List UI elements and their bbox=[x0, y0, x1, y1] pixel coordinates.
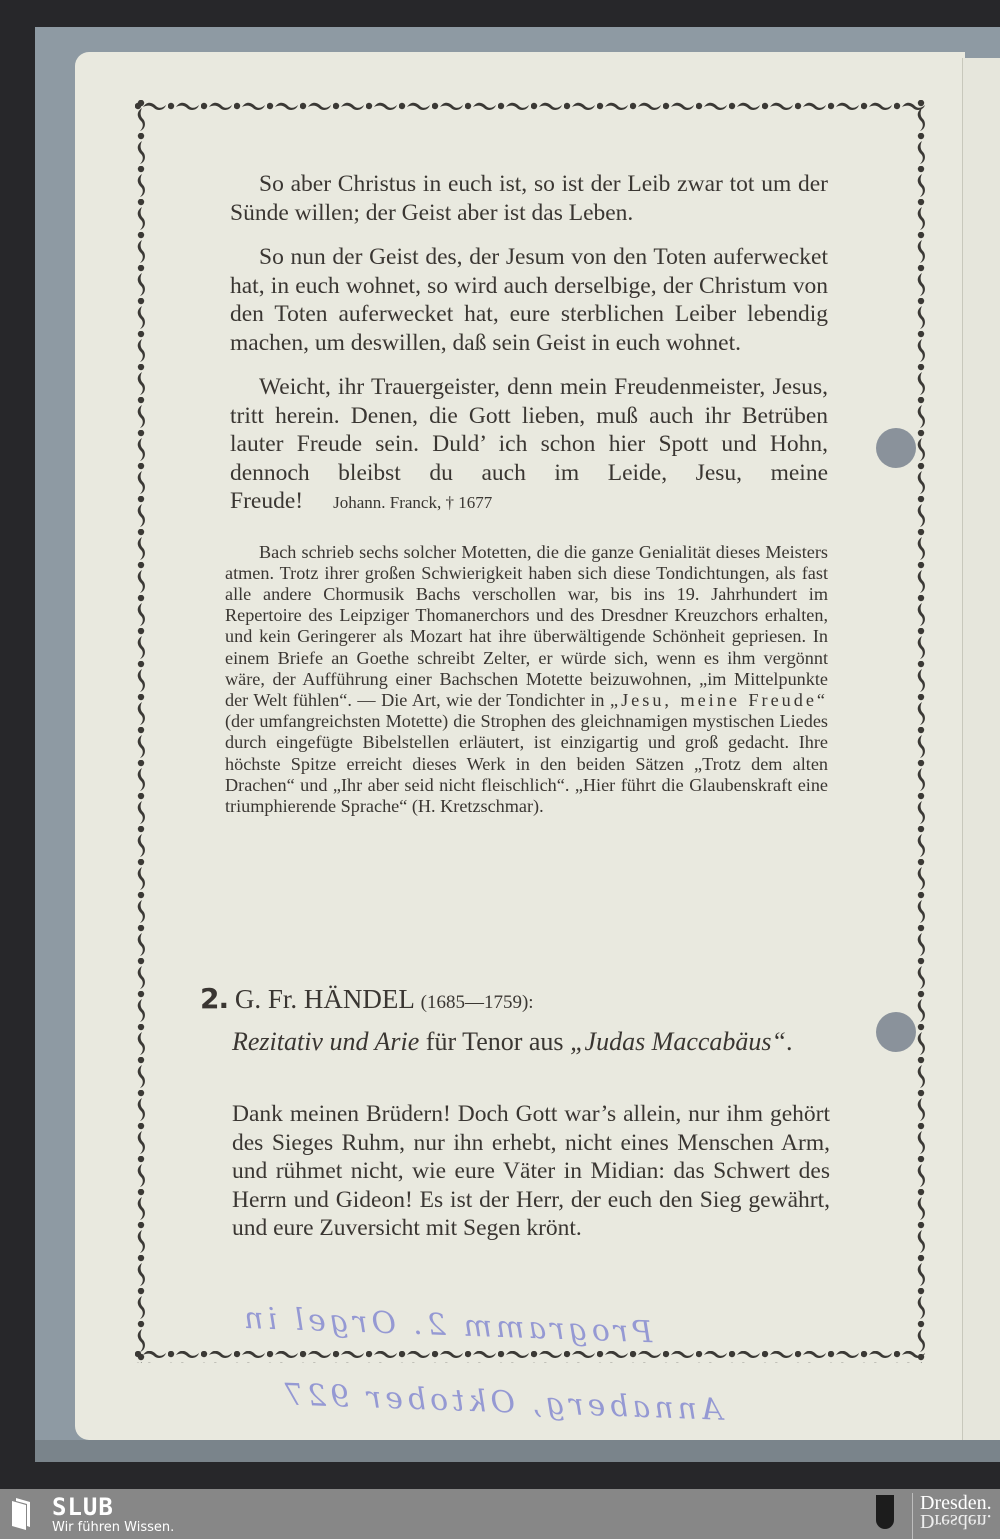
composer-dates: (1685—1759): bbox=[421, 992, 534, 1013]
dresden-logo[interactable]: Dresden. Dresden. bbox=[920, 1494, 992, 1530]
footer-divider bbox=[912, 1493, 913, 1539]
composer-name: G. Fr. HÄNDEL bbox=[235, 984, 414, 1014]
piece-title: Rezitativ und Arie für Tenor aus „Judas … bbox=[232, 1028, 830, 1056]
verse-2: So nun der Geist des, der Jesum von den … bbox=[230, 243, 828, 357]
section-number: 2. bbox=[200, 982, 228, 1015]
program-note: Bach schrieb sechs solcher Motetten, die… bbox=[225, 542, 828, 818]
slub-book-icon bbox=[10, 1497, 32, 1531]
verse-3: Weicht, ihr Trauergeister, denn mein Fre… bbox=[230, 373, 828, 518]
punch-hole-upper bbox=[876, 428, 916, 468]
motet-text: So aber Christus in euch ist, so ist der… bbox=[230, 170, 828, 817]
attribution: Johann. Franck, † 1677 bbox=[333, 493, 492, 512]
program-note-part2: (der umfangreichsten Motette) die Stroph… bbox=[225, 711, 828, 816]
slub-brand[interactable]: SLUB bbox=[52, 1493, 114, 1521]
piece-title-end: . bbox=[786, 1027, 793, 1056]
piece-voice: für Tenor aus bbox=[419, 1027, 570, 1056]
slub-tagline: Wir führen Wissen. bbox=[52, 1520, 174, 1535]
dresden-wordmark-reflection: Dresden. bbox=[920, 1512, 992, 1530]
oratorio-title: „Judas Maccabäus“ bbox=[570, 1027, 786, 1056]
motet-title-spaced: „Jesu, meine Freude“ bbox=[610, 690, 828, 710]
section-heading: 2. G. Fr. HÄNDEL (1685—1759): bbox=[200, 982, 534, 1015]
program-note-part1: Bach schrieb sechs solcher Motetten, die… bbox=[225, 542, 828, 710]
dresden-crest-icon bbox=[876, 1495, 894, 1529]
piece-form: Rezitativ und Arie bbox=[232, 1027, 419, 1056]
aria-text: Dank meinen Brüdern! Doch Gott war’s all… bbox=[232, 1100, 830, 1243]
verse-3-text: Weicht, ihr Trauergeister, denn mein Fre… bbox=[230, 374, 828, 514]
scan-mat-shadow bbox=[35, 1440, 1000, 1462]
punch-hole-lower bbox=[876, 1012, 916, 1052]
next-page-edge bbox=[962, 58, 1000, 1440]
footer-bar: SLUB Wir führen Wissen. Dresden. Dresden… bbox=[0, 1489, 1000, 1539]
verse-1: So aber Christus in euch ist, so ist der… bbox=[230, 170, 828, 227]
